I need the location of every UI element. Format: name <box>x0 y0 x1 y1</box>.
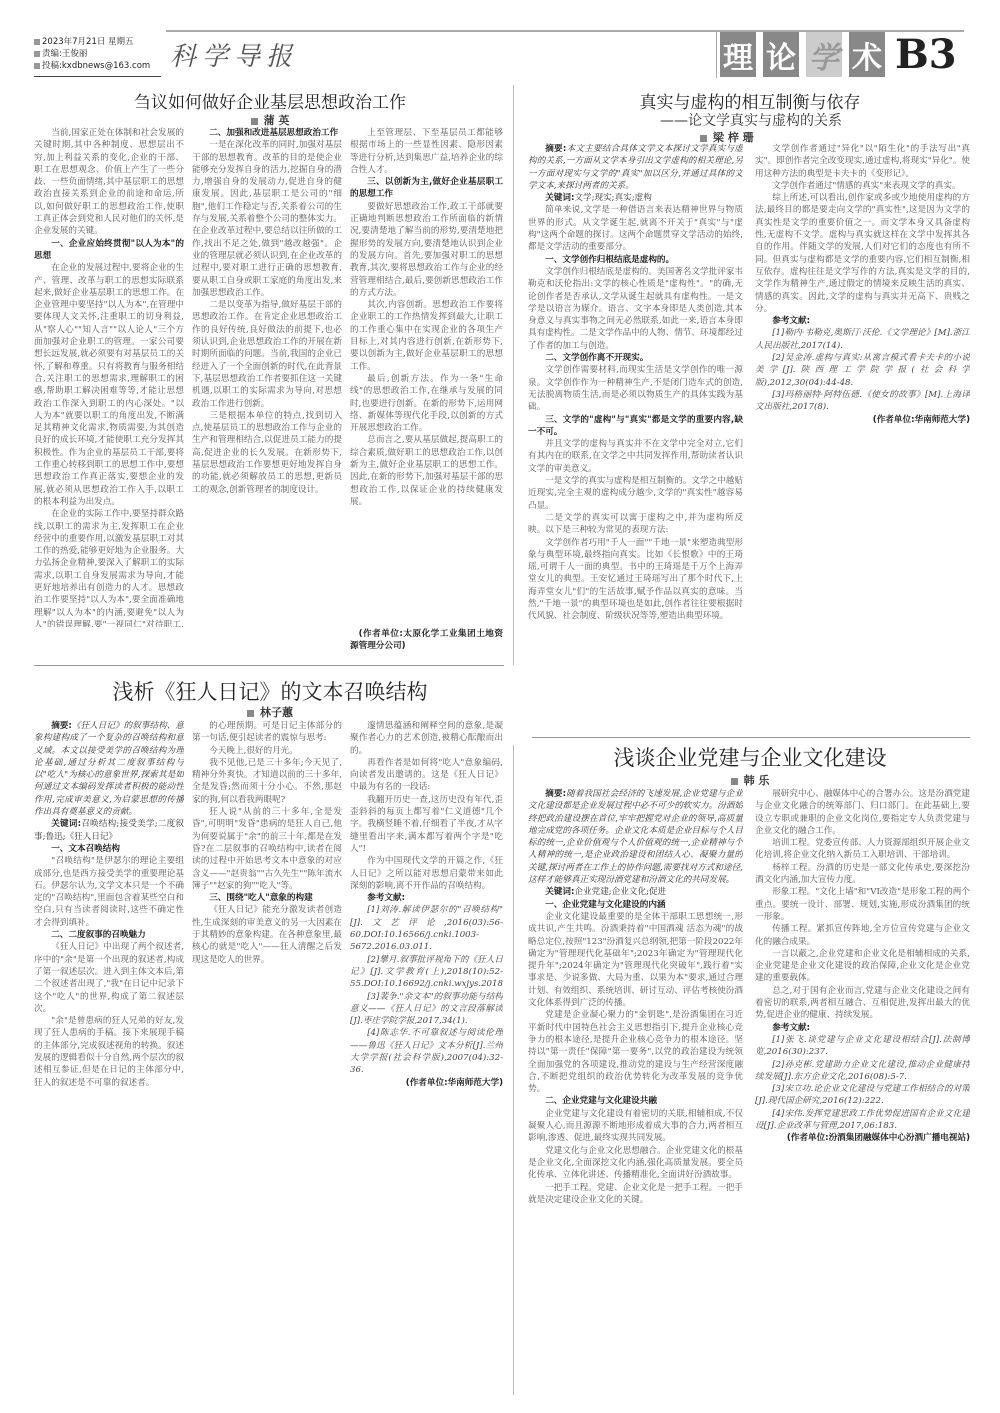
article4-reference: [3]宋立功.论企业文化建设与党建工作相结合的对策[J].现代国企研究,2016… <box>755 1083 970 1108</box>
article1-byline: 蒲 英 <box>30 112 510 128</box>
article3-byline: 林子蕙 <box>30 704 510 720</box>
article2-keywords: 关键词:文学;现实;真实;虚构 <box>528 192 743 204</box>
article4-abstract: 摘要:随着我国社会经济的飞速发展,企业党建与企业文化建设都是企业发展过程中必不可… <box>528 788 743 886</box>
section-char-3: 学 <box>806 32 842 77</box>
article3-column-1: 摘要:《狂人日记》的叙事结构、意象构建构成了一个复杂的召唤结构和意义域。本文以接… <box>34 720 184 1400</box>
article3-column-2: 的心理预期。可是日记主体部分的第一句话,便引起读者的震惊与思考: 今天晚上,很好… <box>192 720 342 1400</box>
page-number: B3 <box>895 33 957 77</box>
article3-reference: [2]攀月.叙事批评视角下的《狂人日记》[J].文学教育(上),2018(10)… <box>350 954 503 991</box>
article4-keywords: 关键词:企业党建;企业文化;促进 <box>528 886 743 898</box>
article2-bottom-rule <box>532 737 970 738</box>
editor-credit: 责编:王俊丽 <box>34 48 161 60</box>
article2-column-2: 文学创作者通过"异化"以"陌生化"的手法写出"真实"。即创作者完全改变现实,通过… <box>755 143 970 673</box>
article1-bottom-rule <box>34 665 504 666</box>
section-char-1: 理 <box>720 32 756 77</box>
article2-reference: [2]吴金涛.虚构与真实:从寓言模式看卡夫卡的小说美学[J].陕西理工学院学报(… <box>755 352 970 389</box>
article1-unit: (作者单位:太原化学工业集团土地资源管理分公司) <box>350 628 503 658</box>
article2-subtitle: ——论文学真实与虚构的关系 <box>660 110 842 130</box>
submission-email: 投稿:kxdbnews@163.com <box>34 60 161 72</box>
article1-title: 刍议如何做好企业基层思想政治工作 <box>30 88 510 113</box>
article4-column-2: 展研究中心、融媒体中心的合署办公。这是汾酒党建与企业文化融合的统筹部门、归口部门… <box>755 788 970 1400</box>
column-divider-upper <box>513 85 514 665</box>
article4-reference: [2]孙克彬.党建助力企业文化建设,推动企业健康持续发展[J].东方企业文化,2… <box>755 1059 970 1084</box>
article4-byline: 韩 乐 <box>520 772 980 788</box>
article2-abstract: 摘要:本文主要结合具体文学文本探讨文学真实与虚构的关系,一方面从文学本身引出文学… <box>528 143 743 192</box>
article1-column-3: 上至管理层、下至基层员工都能够根据市场上的一些显性因素、隐形因素等进行分析,达到… <box>350 127 503 627</box>
article3-reference: [1]刘涛.解读伊瑟尔的"召唤结构"[J].文艺评论,2016(03):56-6… <box>350 904 503 953</box>
article4-reference: [1]张飞.谈党建与企业文化建设相结合[J].法制博览,2016(30):237… <box>755 1034 970 1059</box>
article3-title: 浅析《狂人日记》的文本召唤结构 <box>30 676 510 706</box>
section-char-4: 术 <box>849 32 885 77</box>
paper-logo: 科学导报 <box>170 36 298 73</box>
section-banner: 理 论 学 术 B3 <box>720 32 957 77</box>
article2-reference: [3]玛格丽特·阿特伍德.《使女的故事》[M].上海译文出版社,2017(8). <box>755 389 970 414</box>
article4-reference: [4]宋伟.发挥党建思政工作优势促进国有企业文化建设[J].企业改革与管理,20… <box>755 1108 970 1133</box>
masthead-info: 2023年7月21日 星期五 责编:王俊丽 投稿:kxdbnews@163.co… <box>34 36 161 77</box>
issue-date: 2023年7月21日 星期五 <box>34 36 161 48</box>
column-divider-lower <box>513 745 514 1395</box>
article3-reference: [4]陈志华.不可靠叙述与阅读伦理——鲁迅《狂人日记》文本分析[J].兰州大学学… <box>350 1027 503 1076</box>
article3-reference: [3]裴争."余文本"的叙事功能与结构意义——《狂人日记》的文言段落解读[J].… <box>350 991 503 1028</box>
article2-column-1: 摘要:本文主要结合具体文学文本探讨文学真实与虚构的关系,一方面从文学本身引出文学… <box>528 143 743 673</box>
article4-title: 浅谈企业党建与企业文化建设 <box>520 742 980 772</box>
article3-abstract: 摘要:《狂人日记》的叙事结构、意象构建构成了一个复杂的召唤结构和意义域。本文以接… <box>34 720 184 818</box>
section-char-2: 论 <box>763 32 799 77</box>
article1-column-1: 当前,国家正处在体制和社会发展的关键时期,其中各种制度、思想层出不穷,加上利益关… <box>34 127 184 627</box>
article4-column-1: 摘要:随着我国社会经济的飞速发展,企业党建与企业文化建设都是企业发展过程中必不可… <box>528 788 743 1400</box>
article1-column-2: 二、加强和改进基层思想政治工作 一是在深化改革的同时,加强对基层干部的思想教育。… <box>192 127 342 627</box>
article2-reference: [1]勒内·韦勒克,奥斯汀·沃伦.《文学理论》[M].浙江人民出版社,2017(… <box>755 327 970 352</box>
banner-divider <box>716 32 717 78</box>
article3-column-3: 邃情思蕴涵和阐释空间的意象,是凝聚作者心力的艺术创造,被精心酝酿而出的。 再看作… <box>350 720 503 1400</box>
article3-keywords: 关键词:召唤结构;接受美学;二度叙事;鲁迅;《狂人日记》 <box>34 818 184 843</box>
